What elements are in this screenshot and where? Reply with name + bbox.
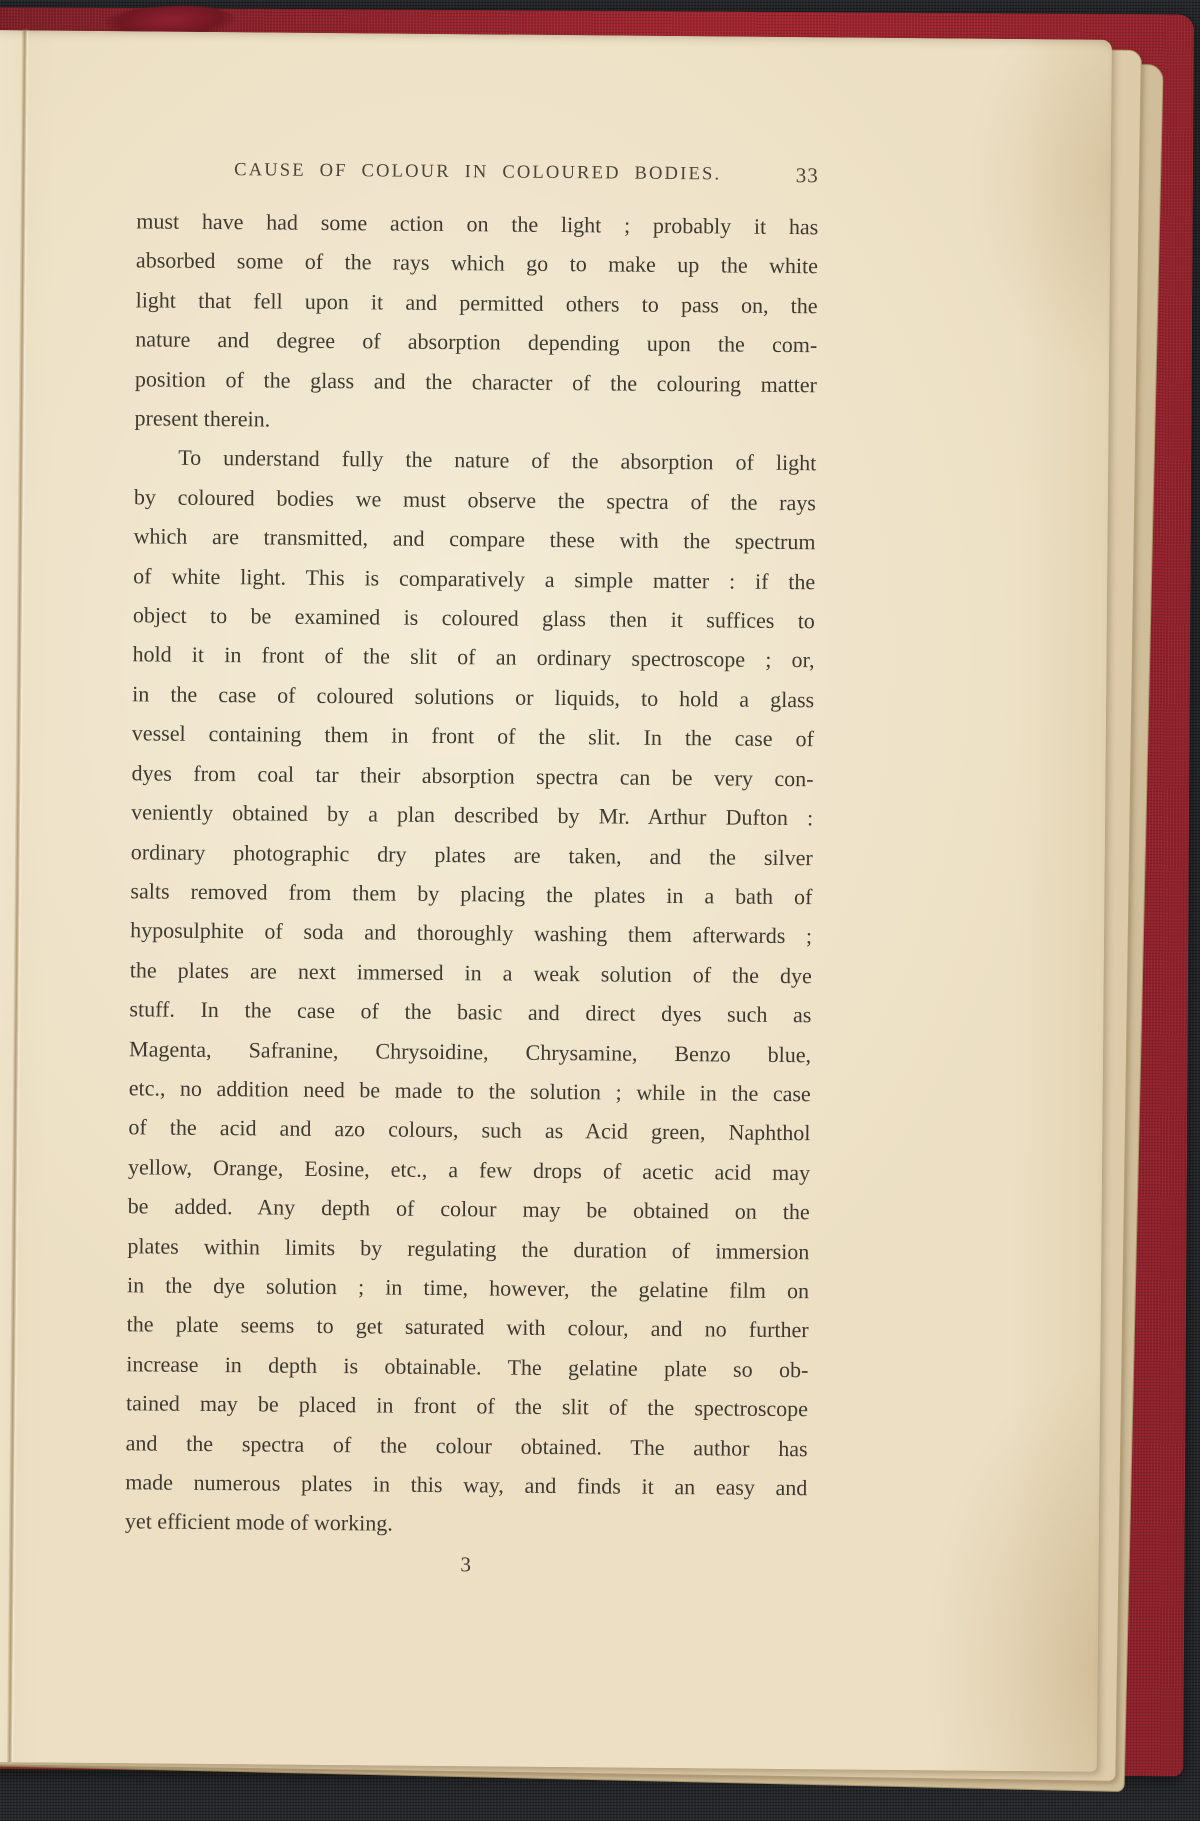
body-text-line: position of the glass and the character … (135, 359, 817, 404)
body-text-line: vessel containing them in front of the s… (132, 714, 814, 759)
body-text-line: ordinary photographic dry plates are tak… (131, 832, 813, 877)
page-number: 33 (796, 163, 819, 188)
body-text-line: Magenta, Safranine, Chrysoidine, Chrysam… (129, 1029, 811, 1074)
body-text-line: made numerous plates in this way, and fi… (125, 1462, 807, 1507)
body-text-line: dyes from coal tar their absorption spec… (131, 753, 813, 798)
body-text-line: stuff. In the case of the basic and dire… (129, 989, 811, 1034)
body-text-line: object to be examined is coloured glass … (133, 595, 815, 640)
body-text-line: yellow, Orange, Eosine, etc., a few drop… (128, 1147, 810, 1192)
body-text-line: by coloured bodies we must observe the s… (134, 477, 816, 522)
body-text-line: yet efficient mode of working. (125, 1502, 807, 1547)
body-text-line: in the case of coloured solutions or liq… (132, 674, 814, 719)
body-text-line: increase in depth is obtainable. The gel… (126, 1344, 808, 1389)
body-text-line: plates within limits by regulating the d… (127, 1226, 809, 1271)
body-text-line: the plates are next immersed in a weak s… (130, 950, 812, 995)
book-page: CAUSE OF COLOUR IN COLOURED BODIES. 33 m… (0, 30, 1112, 1772)
body-text-line: be added. Any depth of colour may be obt… (128, 1186, 810, 1231)
page-header: CAUSE OF COLOUR IN COLOURED BODIES. 33 (137, 159, 819, 195)
body-text-line: of white light. This is comparatively a … (133, 556, 815, 601)
scanned-book-photo: CAUSE OF COLOUR IN COLOURED BODIES. 33 m… (0, 0, 1200, 1821)
body-text-line: To understand fully the nature of the ab… (134, 438, 816, 483)
body-text-line: nature and degree of absorption dependin… (135, 320, 817, 365)
body-text-line: hold it in front of the slit of an ordin… (132, 635, 814, 680)
body-text-line: tained may be placed in front of the sli… (126, 1383, 808, 1428)
body-text-line: etc., no addition need be made to the so… (129, 1068, 811, 1113)
body-text: must have had some action on the light ;… (124, 201, 818, 1587)
body-text-line: must have had some action on the light ;… (136, 201, 818, 246)
body-text-line: present therein. (134, 398, 816, 443)
body-text-line: absorbed some of the rays which go to ma… (136, 241, 818, 286)
body-text-line: light that fell upon it and permitted ot… (135, 280, 817, 325)
running-head-title: CAUSE OF COLOUR IN COLOURED BODIES. (137, 159, 819, 186)
body-text-line: hyposulphite of soda and thoroughly wash… (130, 911, 812, 956)
body-text-line: and the spectra of the colour obtained. … (126, 1423, 808, 1468)
body-text-line: in the dye solution ; in time, however, … (127, 1265, 809, 1310)
body-text-line: veniently obtained by a plan described b… (131, 792, 813, 837)
signature-mark: 3 (124, 1542, 806, 1587)
body-text-line: which are transmitted, and compare these… (133, 517, 815, 562)
body-text-line: of the acid and azo colours, such as Aci… (128, 1108, 810, 1153)
body-text-line: the plate seems to get saturated with co… (127, 1305, 809, 1350)
body-text-line: salts removed from them by placing the p… (130, 871, 812, 916)
